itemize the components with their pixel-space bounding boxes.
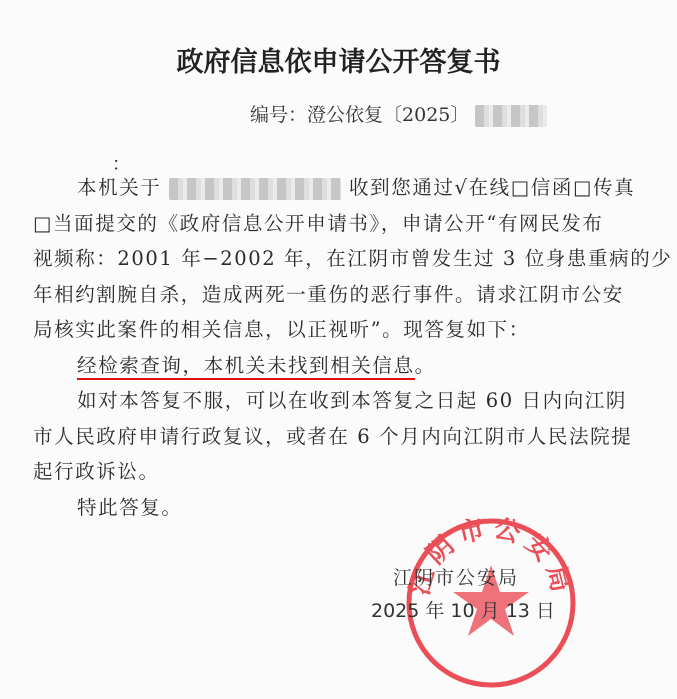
redacted-number	[475, 105, 547, 127]
paragraph-1-line-5: 局核实此案件的相关信息，以正视听”。现答复如下：	[33, 312, 633, 348]
text-segment: 本机关于	[77, 176, 161, 199]
paragraph-2: 经检索查询，本机关未找到相关信息。	[33, 348, 633, 384]
document-number-value: 澄公依复〔2025〕	[307, 104, 469, 126]
paragraph-3-line-2: 市人民政府申请行政复议，或者在 6 个月内向江阴市人民法院提	[33, 419, 633, 455]
paragraph-1-line-2: □当面提交的《政府信息公开申请书》，申请公开“有网民发布	[33, 206, 633, 242]
signature-date: 2025 年 10 月 13 日	[371, 596, 555, 623]
paragraph-3-line-3: 起行政诉讼。	[33, 454, 633, 490]
paragraph-3-line-1: 如对本答复不服，可以在收到本答复之日起 60 日内向江阴	[33, 383, 633, 419]
document-body: 本机关于 收到您通过√在线□信函□传真 □当面提交的《政府信息公开申请书》，申请…	[33, 170, 633, 525]
signature-organization: 江阴市公安局	[393, 563, 519, 590]
document-title: 政府信息依申请公开答复书	[0, 40, 677, 79]
paragraph-1-line-3: 视频称：2001 年−2002 年，在江阴市曾发生过 3 位身患重病的少	[33, 241, 633, 277]
paragraph-1-line-1: 本机关于 收到您通过√在线□信函□传真	[33, 170, 633, 206]
highlighted-answer: 经检索查询，本机关未找到相关信息	[77, 354, 415, 380]
text-segment: 收到您通过√在线□信函□传真	[349, 176, 635, 199]
paragraph-4: 特此答复。	[33, 490, 633, 526]
redacted-date	[169, 178, 341, 200]
paragraph-1-line-4: 年相约割腕自杀，造成两死一重伤的恶行事件。请求江阴市公安	[33, 277, 633, 313]
document-number: 编号：澄公依复〔2025〕	[250, 100, 547, 127]
document-number-label: 编号：	[250, 104, 307, 126]
text-segment: 。	[415, 354, 436, 377]
